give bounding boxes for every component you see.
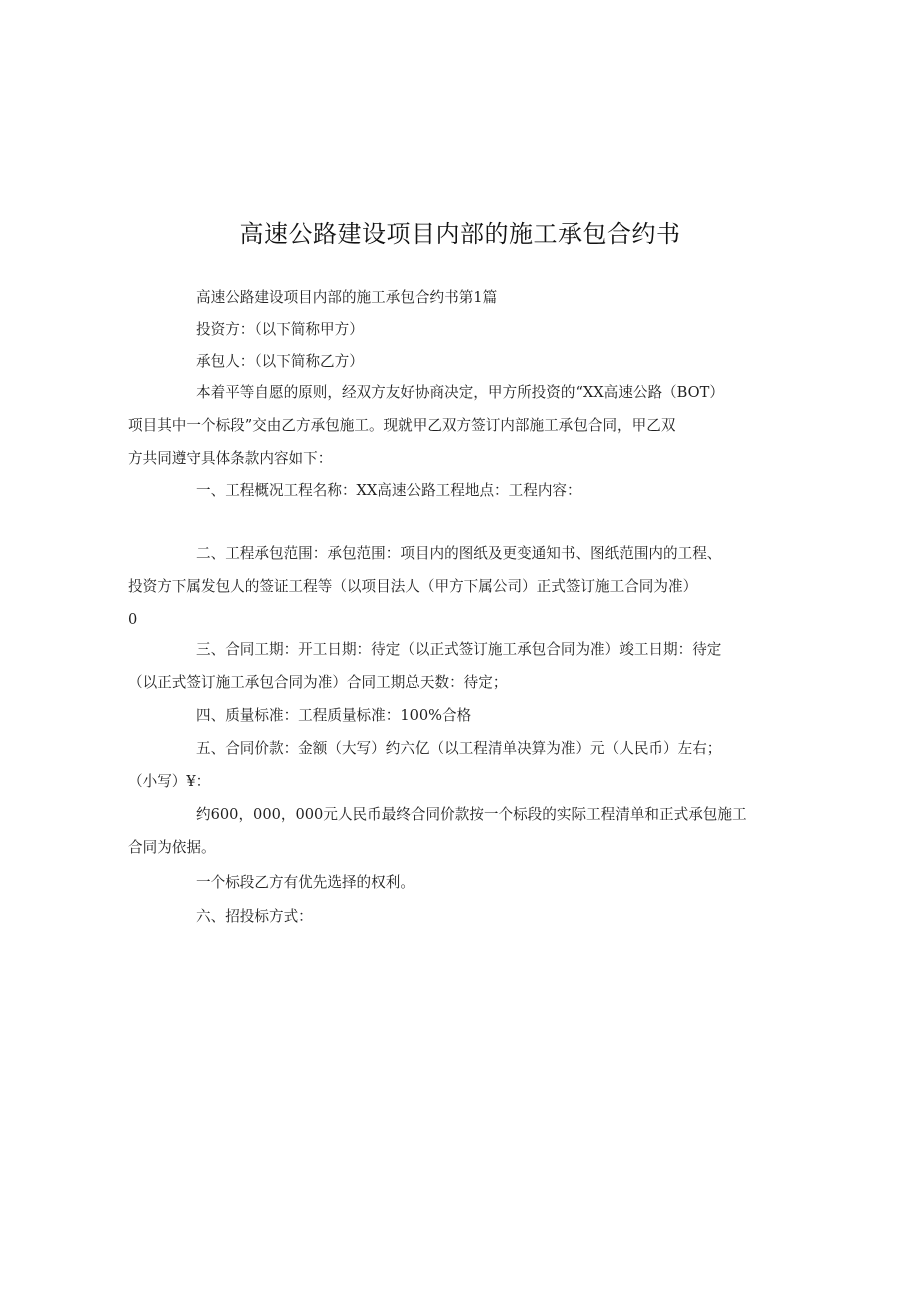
text-line: 投资方：（以下简称甲方） — [162, 313, 760, 346]
clause-3-paragraph: 三、合同工期：开工日期：待定（以正式签订施工承包合同为准）竣工日期：待定 （以正… — [162, 633, 760, 699]
text-line: 承包人：（以下简称乙方） — [162, 345, 760, 378]
text-line: 方共同遵守具体条款内容如下： — [128, 442, 760, 475]
priority-paragraph: 一个标段乙方有优先选择的权利。 — [162, 866, 760, 899]
investor-paragraph: 投资方：（以下简称甲方） — [162, 313, 760, 346]
document-title: 高速公路建设项目内部的施工承包合约书 — [0, 216, 920, 252]
text-line: 合同为依据。 — [128, 831, 760, 864]
text-line: 一个标段乙方有优先选择的权利。 — [162, 866, 760, 899]
text-line: 约600，000，000元人民币最终合同价款按一个标段的实际工程清单和正式承包施… — [162, 798, 760, 831]
text-line: 二、工程承包范围：承包范围：项目内的图纸及更变通知书、图纸范围内的工程、 — [162, 537, 760, 570]
clause-4-paragraph: 四、质量标准：工程质量标准：100%合格 — [162, 699, 760, 732]
price-detail-paragraph: 约600，000，000元人民币最终合同价款按一个标段的实际工程清单和正式承包施… — [162, 798, 760, 864]
text-line: （以正式签订施工承包合同为准）合同工期总天数：待定； — [128, 666, 760, 699]
clause-6-paragraph: 六、招投标方式： — [162, 900, 760, 933]
clause-5-paragraph: 五、合同价款：金额（大写）约六亿（以工程清单决算为准）元（人民币）左右； （小写… — [162, 732, 760, 798]
text-line: 0 — [128, 603, 760, 636]
preamble-paragraph: 本着平等自愿的原则，经双方友好协商决定，甲方所投资的“XX高速公路（BOT） 项… — [162, 376, 760, 475]
subtitle-paragraph: 高速公路建设项目内部的施工承包合约书第1篇 — [162, 281, 760, 314]
clause-2-paragraph: 二、工程承包范围：承包范围：项目内的图纸及更变通知书、图纸范围内的工程、 投资方… — [162, 537, 760, 636]
text-line: 高速公路建设项目内部的施工承包合约书第1篇 — [162, 281, 760, 314]
document-page: 高速公路建设项目内部的施工承包合约书 高速公路建设项目内部的施工承包合约书第1篇… — [0, 0, 920, 1301]
text-line: 项目其中一个标段”交由乙方承包施工。现就甲乙双方签订内部施工承包合同，甲乙双 — [128, 409, 760, 442]
text-line: 本着平等自愿的原则，经双方友好协商决定，甲方所投资的“XX高速公路（BOT） — [162, 376, 760, 409]
clause-1-paragraph: 一、工程概况工程名称：XX高速公路工程地点：工程内容： — [162, 474, 760, 507]
text-line: （小写）¥： — [128, 765, 760, 798]
text-line: 四、质量标准：工程质量标准：100%合格 — [162, 699, 760, 732]
contractor-paragraph: 承包人：（以下简称乙方） — [162, 345, 760, 378]
text-line: 投资方下属发包人的签证工程等（以项目法人（甲方下属公司）正式签订施工合同为准） — [128, 570, 760, 603]
text-line: 一、工程概况工程名称：XX高速公路工程地点：工程内容： — [162, 474, 760, 507]
text-line: 六、招投标方式： — [162, 900, 760, 933]
text-line: 三、合同工期：开工日期：待定（以正式签订施工承包合同为准）竣工日期：待定 — [162, 633, 760, 666]
text-line: 五、合同价款：金额（大写）约六亿（以工程清单决算为准）元（人民币）左右； — [162, 732, 760, 765]
